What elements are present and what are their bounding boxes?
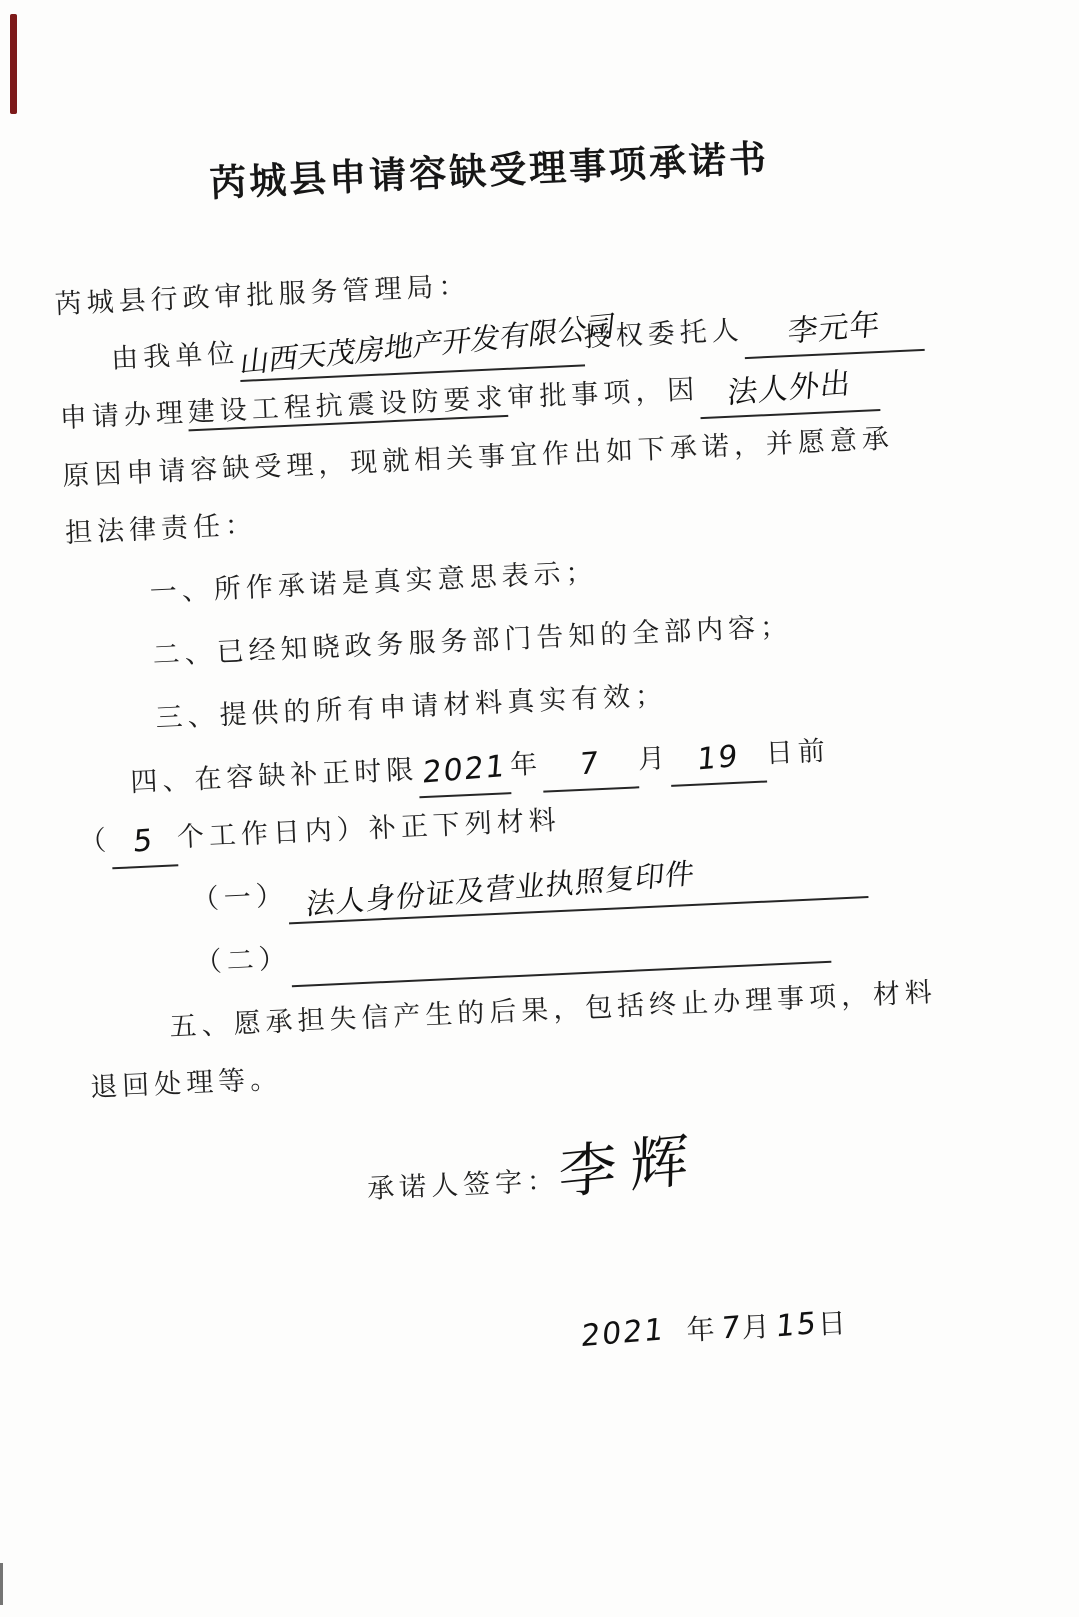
date-line: 2021 年7月15日: [101, 1288, 983, 1386]
matter-underlined: 建设工程抗震设防要求: [187, 383, 508, 431]
page-title: 芮城县申请容缺受理事项承诺书: [48, 121, 930, 215]
apply-middle: 审批事项，因: [507, 374, 700, 413]
red-scan-artifact: [10, 14, 17, 114]
agent-name-handwritten: 李元年: [786, 305, 882, 353]
entrust-prefix: 由我单位: [111, 338, 240, 374]
sub2-label: （二）: [194, 943, 291, 977]
signature-handwritten: 李辉: [558, 1131, 703, 1202]
year-label: 年: [509, 749, 542, 780]
day-handwritten: 19: [695, 737, 740, 781]
date-day-label: 日: [817, 1308, 852, 1341]
year-handwritten: 2021: [421, 747, 508, 794]
agent-name-field: 李元年: [743, 305, 925, 359]
date-year-handwritten: 2021: [579, 1301, 668, 1365]
day-suffix: 日前: [765, 736, 830, 769]
month-handwritten: 7: [578, 743, 602, 785]
item4-prefix: 四、在容缺补正时限: [130, 754, 419, 797]
year-field: 2021: [417, 748, 511, 798]
scanned-document-page: 芮城县申请容缺受理事项承诺书 芮城县行政审批服务管理局： 由我单位山西天茂房地产…: [0, 0, 1079, 1617]
date-month-handwritten: 7: [718, 1299, 743, 1358]
signature-line: 承诺人签字：李辉: [94, 1123, 978, 1273]
date-month-label: 月: [741, 1312, 776, 1345]
date-day-handwritten: 15: [773, 1295, 819, 1356]
month-field: 7: [541, 742, 639, 792]
workdays-field: 5: [110, 820, 178, 869]
signature-label: 承诺人签字：: [366, 1165, 559, 1204]
document-body: 芮城县申请容缺受理事项承诺书 芮城县行政审批服务管理局： 由我单位山西天茂房地产…: [48, 121, 983, 1387]
reason-field: 法人外出: [699, 365, 881, 419]
day-field: 19: [669, 737, 767, 787]
reason-handwritten: 法人外出: [726, 364, 853, 414]
apply-prefix: 申请办理: [59, 397, 188, 433]
date-year-label: 年: [686, 1314, 721, 1347]
workdays-open-paren: （: [78, 825, 111, 856]
month-label: 月: [637, 743, 670, 774]
workdays-handwritten: 5: [132, 821, 156, 863]
sub1-label: （一）: [191, 880, 288, 914]
workdays-rest: 个工作日内）补正下列材料: [176, 805, 561, 852]
bottom-edge-scan-artifact: [0, 1563, 3, 1605]
